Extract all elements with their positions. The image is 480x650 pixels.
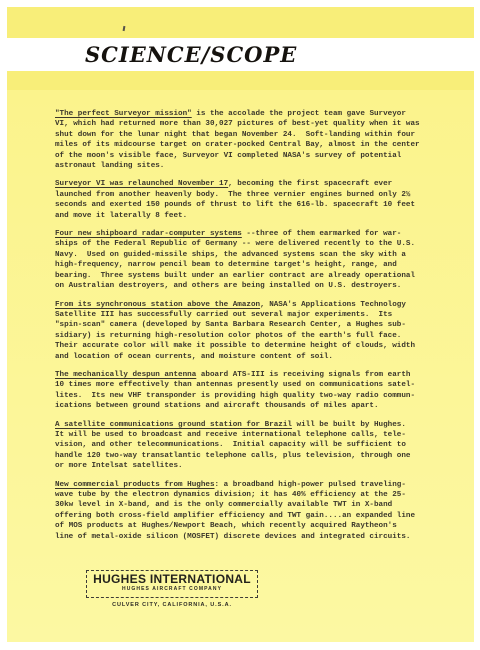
paragraph-lead: Four new shipboard radar-computer system… xyxy=(55,230,242,238)
paragraph-surveyor-mission: "The perfect Surveyor mission" is the ac… xyxy=(55,109,429,171)
paragraph-surveyor-relaunch: Surveyor VI was relaunched November 17, … xyxy=(55,179,429,221)
paragraph-first-line-rest: : a broadband high-power pulsed travelin… xyxy=(215,481,406,489)
paragraph-brazil-ground-station: A satellite communications ground statio… xyxy=(55,420,429,472)
paragraph-despun-antenna: The mechanically despun antenna aboard A… xyxy=(55,370,429,412)
paragraph-first-line-rest: aboard ATS-III is receiving signals from… xyxy=(196,371,410,379)
page-title: SCIENCE/SCOPE xyxy=(85,42,297,67)
paragraph-lead: From its synchronous station above the A… xyxy=(55,301,260,309)
paragraph-lead: Surveyor VI was relaunched November 17 xyxy=(55,180,228,188)
paragraph-lead: A satellite communications ground statio… xyxy=(55,421,292,429)
paragraph-first-line-rest: will be built by Hughes. xyxy=(292,421,406,429)
paragraph-text: wave tube by the electron dynamics divis… xyxy=(55,490,429,542)
paragraph-ats-satellite: From its synchronous station above the A… xyxy=(55,300,429,362)
paragraph-radar-computer-systems: Four new shipboard radar-computer system… xyxy=(55,229,429,291)
paragraph-first-line-rest: , NASA's Applications Technology xyxy=(260,301,406,309)
paragraph-lead: New commercial products from Hughes xyxy=(55,481,215,489)
paragraph-first-line-rest: , becoming the first spacecraft ever xyxy=(228,180,392,188)
paragraph-first-line-rest: is the accolade the project team gave Su… xyxy=(192,110,406,118)
paragraph-new-products: New commercial products from Hughes: a b… xyxy=(55,480,429,542)
paragraph-text: ships of the Federal Republic of Germany… xyxy=(55,239,429,291)
title-band: SCIENCE/SCOPE xyxy=(0,38,480,71)
paragraph-text: It will be used to broadcast and receive… xyxy=(55,430,429,472)
article-body: "The perfect Surveyor mission" is the ac… xyxy=(55,109,429,550)
paragraph-first-line-rest: --three of them earmarked for war- xyxy=(242,230,402,238)
paragraph-text: Satellite III has successfully carried o… xyxy=(55,310,429,362)
scanned-newsletter-page: SCIENCE/SCOPE "The perfect Surveyor miss… xyxy=(0,0,480,650)
paragraph-text: 10 times more effectively than antennas … xyxy=(55,380,429,411)
company-subtitle: HUGHES AIRCRAFT COMPANY xyxy=(87,586,257,593)
paragraph-lead: "The perfect Surveyor mission" xyxy=(55,110,192,118)
company-location: CULVER CITY, CALIFORNIA, U.S.A. xyxy=(86,602,258,608)
company-name: HUGHES INTERNATIONAL xyxy=(87,573,257,586)
paragraph-text: VI, which had returned more than 30,027 … xyxy=(55,119,429,171)
hughes-logo-box: HUGHES INTERNATIONAL HUGHES AIRCRAFT COM… xyxy=(86,570,258,598)
paragraph-text: launched from another heavenly body. The… xyxy=(55,190,429,221)
paragraph-lead: The mechanically despun antenna xyxy=(55,371,196,379)
